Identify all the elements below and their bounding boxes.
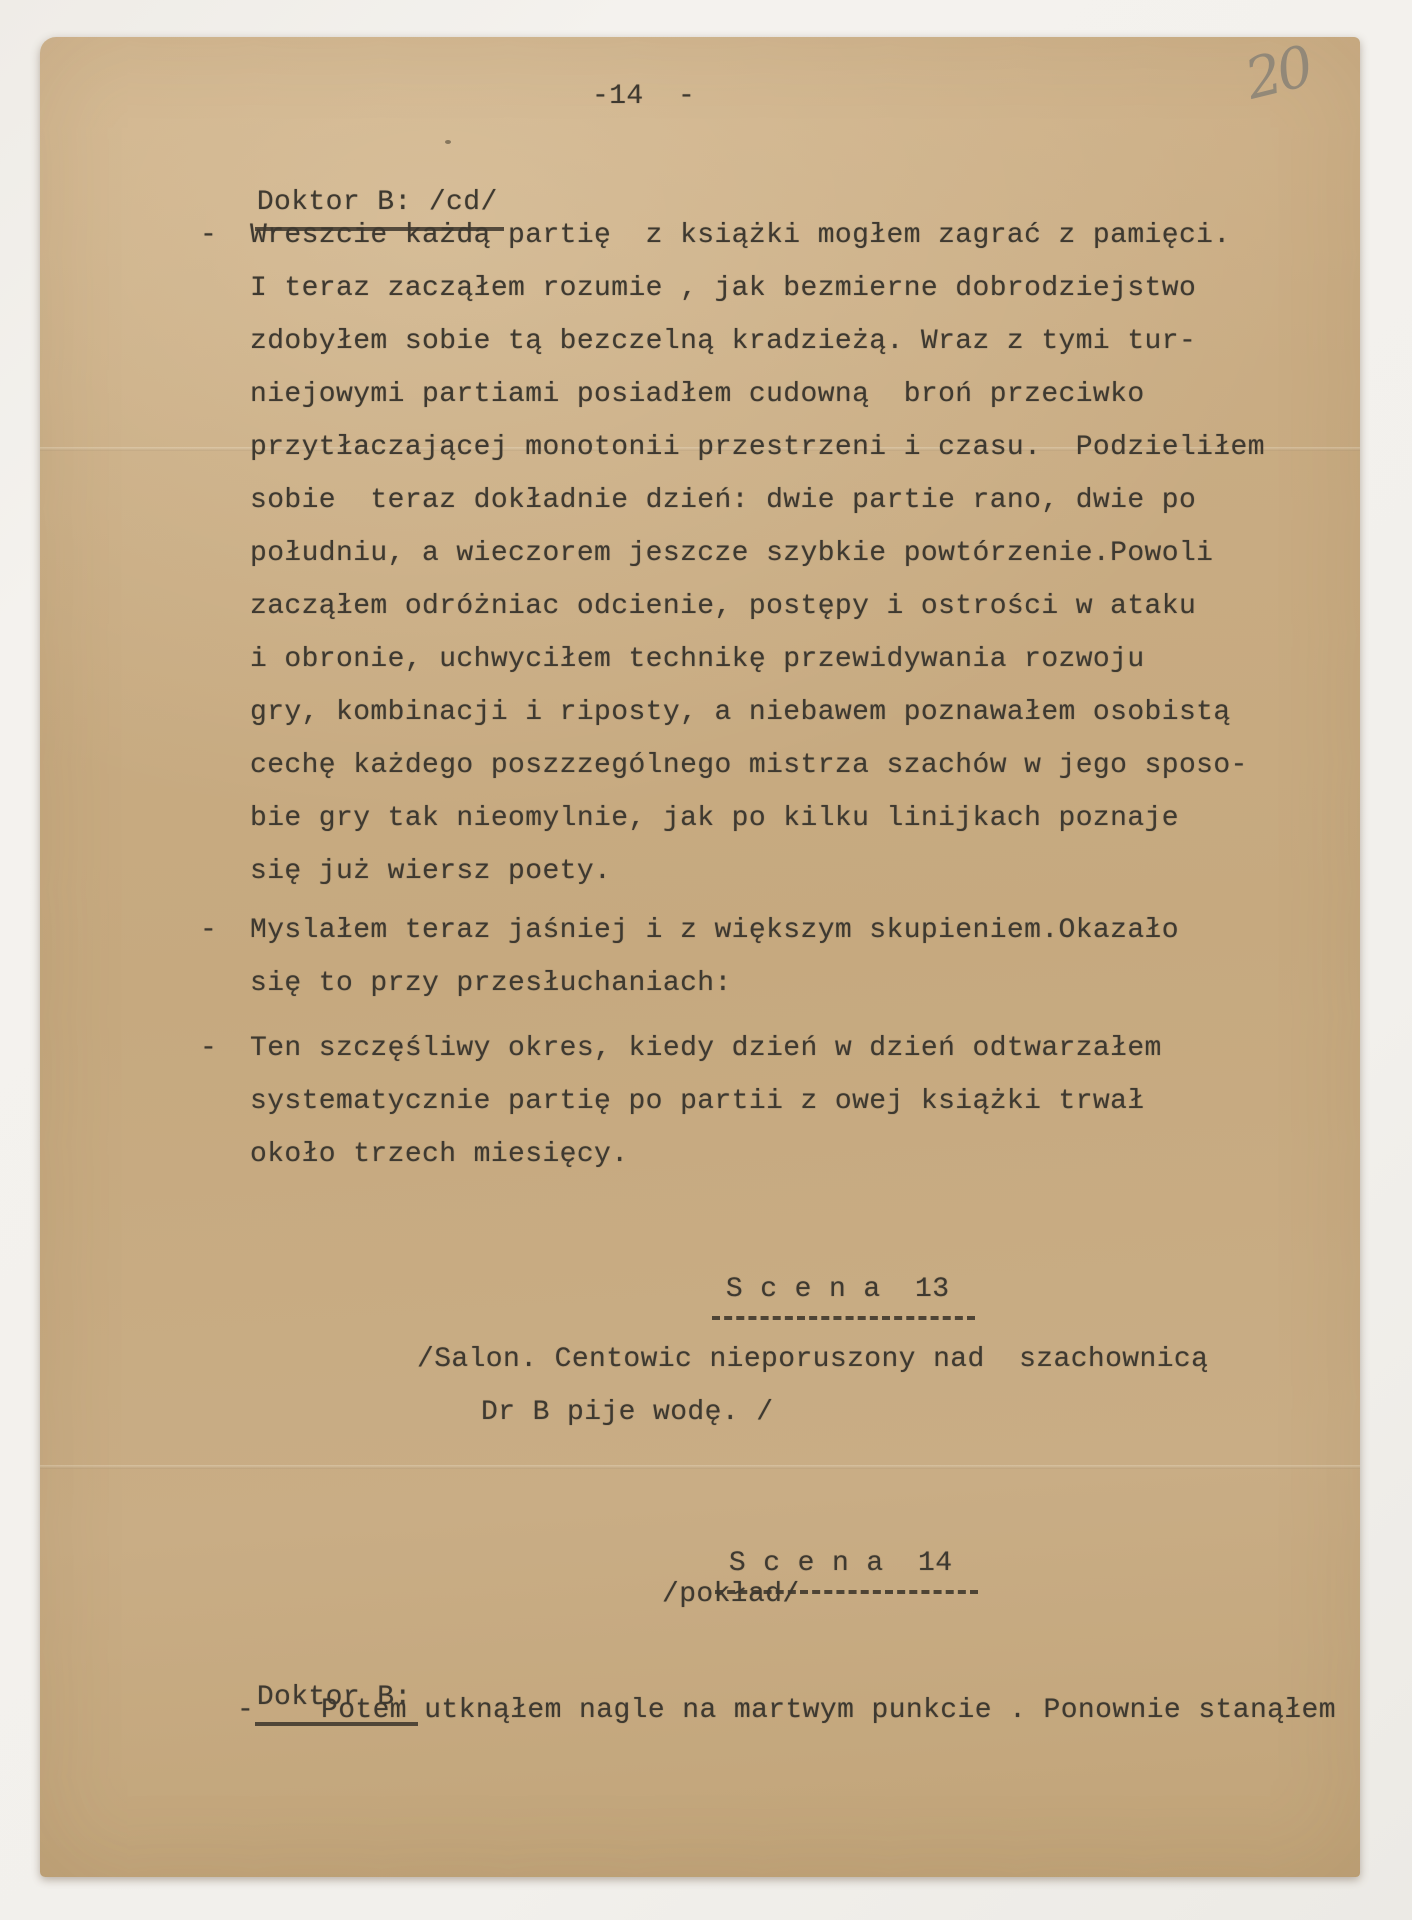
dialogue-line: systematycznie partię po partii z owej k…	[250, 1075, 1162, 1128]
dialogue-paragraph-2: - Myslałem teraz jaśniej i z większym sk…	[200, 904, 1179, 1010]
dialogue-line: cechę każdego poszzzególnego mistrza sza…	[250, 739, 1265, 792]
dialogue-line: się już wiersz poety.	[250, 845, 1265, 898]
dialogue-dash-marker: -	[237, 1684, 254, 1737]
dialogue-line: gry, kombinacji i riposty, a niebawem po…	[250, 686, 1265, 739]
dialogue-lines: Potem utknąłem nagle na martwym punkcie …	[321, 1684, 1336, 1737]
dialogue-line: I teraz zacząłem rozumie , jak bezmierne…	[250, 262, 1265, 315]
dialogue-line: Wreszcie każdą partię z książki mogłem z…	[250, 209, 1265, 262]
dialogue-line: się to przy przesłuchaniach:	[250, 957, 1179, 1010]
scene-13-stage-direction-line-1: /Salon. Centowic nieporuszony nad szacho…	[417, 1340, 1208, 1380]
scan-background: { "colors": { "paper": "#c8ab82", "ink":…	[0, 0, 1412, 1920]
dialogue-line: przytłaczającej monotonii przestrzeni i …	[250, 421, 1265, 474]
paper-fold-crease	[40, 1465, 1360, 1469]
scene-13-stage-direction-line-2: Dr B pije wodę. /	[481, 1393, 773, 1433]
dialogue-dash-marker: -	[200, 904, 217, 957]
dialogue-lines: Ten szczęśliwy okres, kiedy dzień w dzie…	[250, 1022, 1162, 1181]
typewritten-page: -14 - 20 Doktor B: /cd/ - Wreszcie każdą…	[40, 37, 1360, 1877]
page-number: -14 -	[592, 77, 695, 117]
scene-13-title: S c e n a 13	[712, 1270, 976, 1320]
dialogue-line: bie gry tak nieomylnie, jak po kilku lin…	[250, 792, 1265, 845]
scene-14-stage-direction: /pokład/	[662, 1575, 800, 1615]
dialogue-lines: Myslałem teraz jaśniej i z większym skup…	[250, 904, 1179, 1010]
dialogue-paragraph-1: - Wreszcie każdą partię z książki mogłem…	[200, 209, 1265, 898]
dialogue-line: sobie teraz dokładnie dzień: dwie partie…	[250, 474, 1265, 527]
dialogue-line: i obronie, uchwyciłem technikę przewidyw…	[250, 633, 1265, 686]
dialogue-paragraph-3: - Ten szczęśliwy okres, kiedy dzień w dz…	[200, 1022, 1162, 1181]
dialogue-line: południu, a wieczorem jeszcze szybkie po…	[250, 527, 1265, 580]
dialogue-paragraph-4: - Potem utknąłem nagle na martwym punkci…	[237, 1684, 1336, 1737]
dialogue-line: Potem utknąłem nagle na martwym punkcie …	[321, 1684, 1336, 1737]
dialogue-line: niejowymi partiami posiadłem cudowną bro…	[250, 368, 1265, 421]
dialogue-line: zdobyłem sobie tą bezczelną kradzieżą. W…	[250, 315, 1265, 368]
dialogue-dash-marker: -	[200, 209, 217, 262]
dialogue-line: Myslałem teraz jaśniej i z większym skup…	[250, 904, 1179, 957]
dialogue-line: około trzech miesięcy.	[250, 1128, 1162, 1181]
dialogue-line: Ten szczęśliwy okres, kiedy dzień w dzie…	[250, 1022, 1162, 1075]
handwritten-page-index: 20	[1239, 34, 1316, 112]
dialogue-dash-marker: -	[200, 1022, 217, 1075]
dialogue-lines: Wreszcie każdą partię z książki mogłem z…	[250, 209, 1265, 898]
dialogue-line: zacząłem odróżniac odcienie, postępy i o…	[250, 580, 1265, 633]
